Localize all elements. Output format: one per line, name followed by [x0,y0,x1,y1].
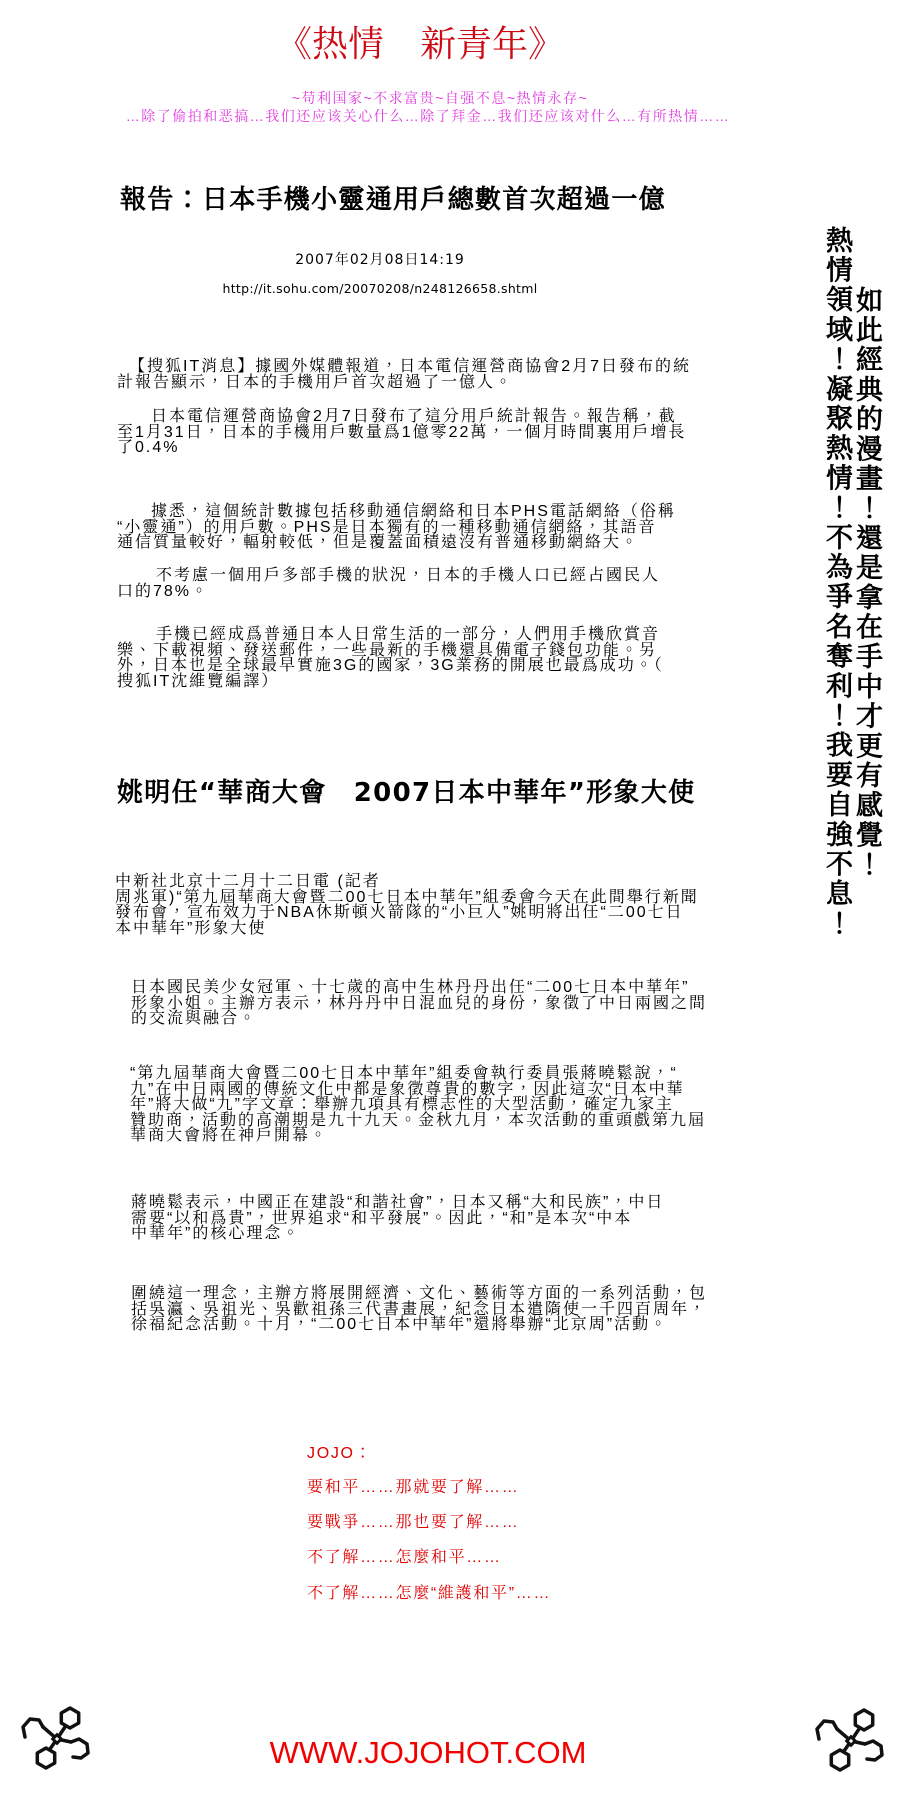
article-2-paragraph-2: 日本國民美少女冠軍、十七歲的高中生林丹丹出任“二00七日本中華年” 形象小姐。主… [131,980,707,1027]
article-1-paragraph-2: 日本電信運營商協會2月7日發布了這分用戶統計報告。報告稱，截 至1月31日，日本… [117,409,686,456]
text-line: 外，日本也是全球最早實施3G的國家，3G業務的開展也最爲成功。（ [117,658,664,674]
site-tagline: …除了偷拍和恶搞…我们还应该关心什么…除了拜金…我们还应该对什么…有所热情…… [0,108,856,125]
article-1-source-url[interactable]: http://it.sohu.com/20070208/n248126658.s… [180,281,580,296]
note-line: 不了解……怎麼和平…… [307,1549,502,1567]
text-line: 徐福紀念活動。十月，“二00七日本中華年”還將舉辦“北京周”活動。 [131,1317,707,1333]
text-line: 日本國民美少女冠軍、十七歲的高中生林丹丹出任“二00七日本中華年” [131,980,707,996]
note-author: JOJO： [307,1445,372,1463]
text-line: 的交流與融合。 [131,1011,707,1027]
text-line: 形象小姐。主辦方表示，林丹丹中日混血兒的身份，象徵了中日兩國之間 [131,996,707,1012]
text-line: “小靈通”）的用戶數。PHS是日本獨有的一種移動通信網絡，其語音 [117,520,676,536]
text-line: 圍繞這一理念，主辦方將展開經濟、文化、藝術等方面的一系列活動，包 [131,1286,707,1302]
text-line: 需要“以和爲貴”，世界追求“和平發展”。因此，“和”是本次“中本 [131,1211,664,1227]
article-1-paragraph-3: 據悉，這個統計數據包括移動通信網絡和日本PHS電話網絡（俗稱 “小靈通”）的用戶… [117,504,676,551]
note-line: 不了解……怎麼“維護和平”…… [307,1585,551,1603]
text-line: 不考慮一個用戶多部手機的狀況，日本的手機人口已經占國民人 [117,568,660,584]
text-line: 搜狐IT沈維覽編譯） [117,674,664,690]
pinwheel-ornament-icon [804,1702,884,1792]
article-2-paragraph-4: 蔣曉鬆表示，中國正在建設“和諧社會”，日本又稱“大和民族”，中日 需要“以和爲貴… [131,1195,664,1242]
article-1-headline: 報告：日本手機小靈通用户總數首次超過一億 [120,185,666,215]
pinwheel-ornament-icon [10,1700,90,1790]
note-line: 要和平……那就要了解…… [307,1479,519,1497]
text-line: 發布會，宣布效力于NBA休斯頓火箭隊的“小巨人”姚明將出任“二00七日 [115,905,699,921]
text-line: 至1月31日，日本的手機用戶數量爲1億零22萬，一個月時間裏用戶增長 [117,425,686,441]
text-line: 中新社北京十二月十二日電 (記者 [115,874,699,890]
text-line: 了0.4% [117,440,686,456]
article-2-paragraph-3: “第九屆華商大會暨二00七日本中華年”組委會執行委員張蔣曉鬆說，“ 九”在中日兩… [130,1066,706,1144]
text-line: 通信質量較好，輻射較低，但是覆蓋面積遠沒有普通移動網絡大。 [117,535,676,551]
text-line: 年”將大做“九”字文章：舉辦九項具有標志性的大型活動，確定九家主 [130,1097,706,1113]
text-line: 手機已經成爲普通日本人日常生活的一部分，人們用手機欣賞音 [117,627,664,643]
text-line: 據悉，這個統計數據包括移動通信網絡和日本PHS電話網絡（俗稱 [117,504,676,520]
site-title: 《热情 新青年》 [200,23,640,67]
text-line: 口的78%。 [117,584,660,600]
article-1-paragraph-5: 手機已經成爲普通日本人日常生活的一部分，人們用手機欣賞音 樂、下載視頻、發送郵件… [117,627,664,689]
text-line: 贊助商，活動的高潮期是九十九天。金秋九月，本次活動的重頭戲第九屆 [130,1113,706,1129]
article-1-paragraph-1: 【搜狐IT消息】據國外媒體報道，日本電信運營商協會2月7日發布的統 計報告顯示，… [117,359,691,390]
text-line: 九”在中日兩國的傳統文化中都是象徵尊貴的數字，因此這次“日本中華 [130,1082,706,1098]
text-line: 【搜狐IT消息】據國外媒體報道，日本電信運營商協會2月7日發布的統 [117,359,691,375]
text-line: 中華年”的核心理念。 [131,1226,664,1242]
text-line: 華商大會將在神戶開幕。 [130,1128,706,1144]
text-line: 樂、下載視頻、發送郵件，一些最新的手機還具備電子錢包功能。另 [117,643,664,659]
article-1-date: 2007年02月08日14:19 [180,252,580,268]
article-2-paragraph-1: 中新社北京十二月十二日電 (記者 周兆軍)“第九屆華商大會暨二00七日本中華年”… [115,874,699,936]
footer-site-link[interactable]: WWW.JOJOHOT.COM [200,1735,656,1771]
text-line: 周兆軍)“第九屆華商大會暨二00七日本中華年”組委會今天在此間舉行新聞 [115,890,699,906]
text-line: 括吳瀛、吳祖光、吳歡祖孫三代書畫展，紀念日本遣隋使一千四百周年， [131,1302,707,1318]
text-line: 本中華年”形象大使 [115,921,699,937]
site-slogan: ~苟利国家~不求富贵~自强不息~热情永存~ [0,90,880,107]
text-line: “第九屆華商大會暨二00七日本中華年”組委會執行委員張蔣曉鬆說，“ [130,1066,706,1082]
text-line: 計報告顯示，日本的手機用戶首次超過了一億人。 [117,375,691,391]
text-line: 蔣曉鬆表示，中國正在建設“和諧社會”，日本又稱“大和民族”，中日 [131,1195,664,1211]
vertical-banner-left-column: 熱情領域！凝聚熱情！不為爭名奪利！我要自強不息！ [821,226,851,939]
article-2-headline: 姚明任“華商大會 2007日本中華年”形象大使 [117,778,695,808]
vertical-banner-right-column: 如此經典的漫畫！還是拿在手中才更有感覺！ [851,286,881,880]
article-2-paragraph-5: 圍繞這一理念，主辦方將展開經濟、文化、藝術等方面的一系列活動，包 括吳瀛、吳祖光… [131,1286,707,1333]
note-line: 要戰爭……那也要了解…… [307,1514,519,1532]
article-1-paragraph-4: 不考慮一個用戶多部手機的狀況，日本的手機人口已經占國民人 口的78%。 [117,568,660,599]
text-line: 日本電信運營商協會2月7日發布了這分用戶統計報告。報告稱，截 [117,409,686,425]
